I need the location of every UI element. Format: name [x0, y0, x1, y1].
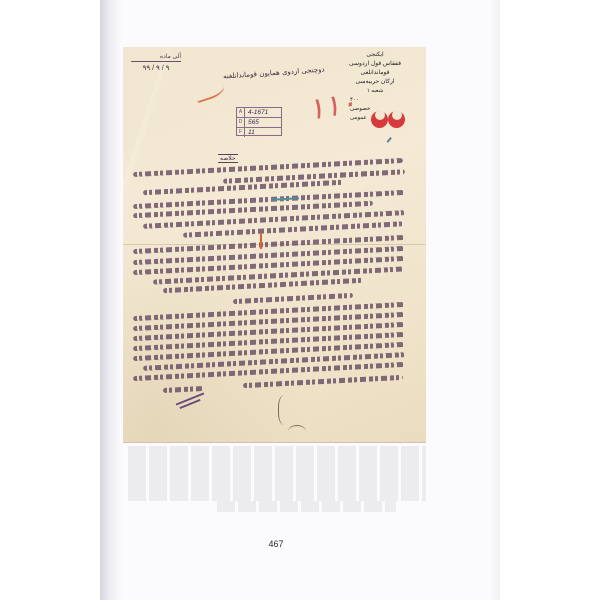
registry-value: 565 [245, 118, 281, 127]
registry-key: A [237, 108, 245, 117]
signature-mark [175, 395, 205, 407]
crescent-icon [388, 111, 405, 128]
pencil-mark [288, 425, 306, 438]
red-margin-mark [260, 233, 262, 249]
registry-row: F 11 [237, 128, 281, 137]
document-date-block: آلی ماده ۹۹ / ۹ / ۹ [131, 53, 181, 72]
page-number-text: 467 [268, 539, 283, 549]
date-label: آلی ماده [131, 53, 181, 62]
letterhead-line-2: قفقاس قول اردوسی قوماندانلغی [334, 60, 416, 78]
crescent-icon [371, 111, 388, 128]
date-value: ۹۹ / ۹ / ۹ [131, 64, 181, 72]
registry-row: A 4-1671 [237, 108, 281, 118]
registry-box: A 4-1671 D 565 F 11 [236, 107, 282, 136]
registry-value: 4-1671 [245, 108, 281, 117]
registry-row: D 565 [237, 118, 281, 128]
red-check-mark [194, 81, 227, 104]
blue-pen-mark [386, 137, 391, 143]
document-facsimile: آلی ماده ۹۹ / ۹ / ۹ دوچنجی اردوی همایون … [123, 47, 426, 442]
book-page-edge [490, 0, 500, 600]
registry-key: D [237, 118, 245, 127]
letterhead-number: ۴۰۰ [350, 96, 416, 105]
pencil-mark [278, 395, 293, 425]
subject-label: خلاصه [218, 154, 238, 163]
registry-key: F [237, 128, 245, 137]
addressee-line: دوچنجی اردوی همایون قوماندانلغنه [223, 65, 325, 80]
crescent-stamp-icon [371, 111, 411, 131]
page-number: 467 [0, 539, 600, 549]
book-gutter-shadow [100, 0, 122, 600]
letterhead-line-1: ایکنجی [334, 51, 416, 60]
bleed-through-text [128, 446, 426, 512]
registry-value: 11 [245, 128, 281, 137]
